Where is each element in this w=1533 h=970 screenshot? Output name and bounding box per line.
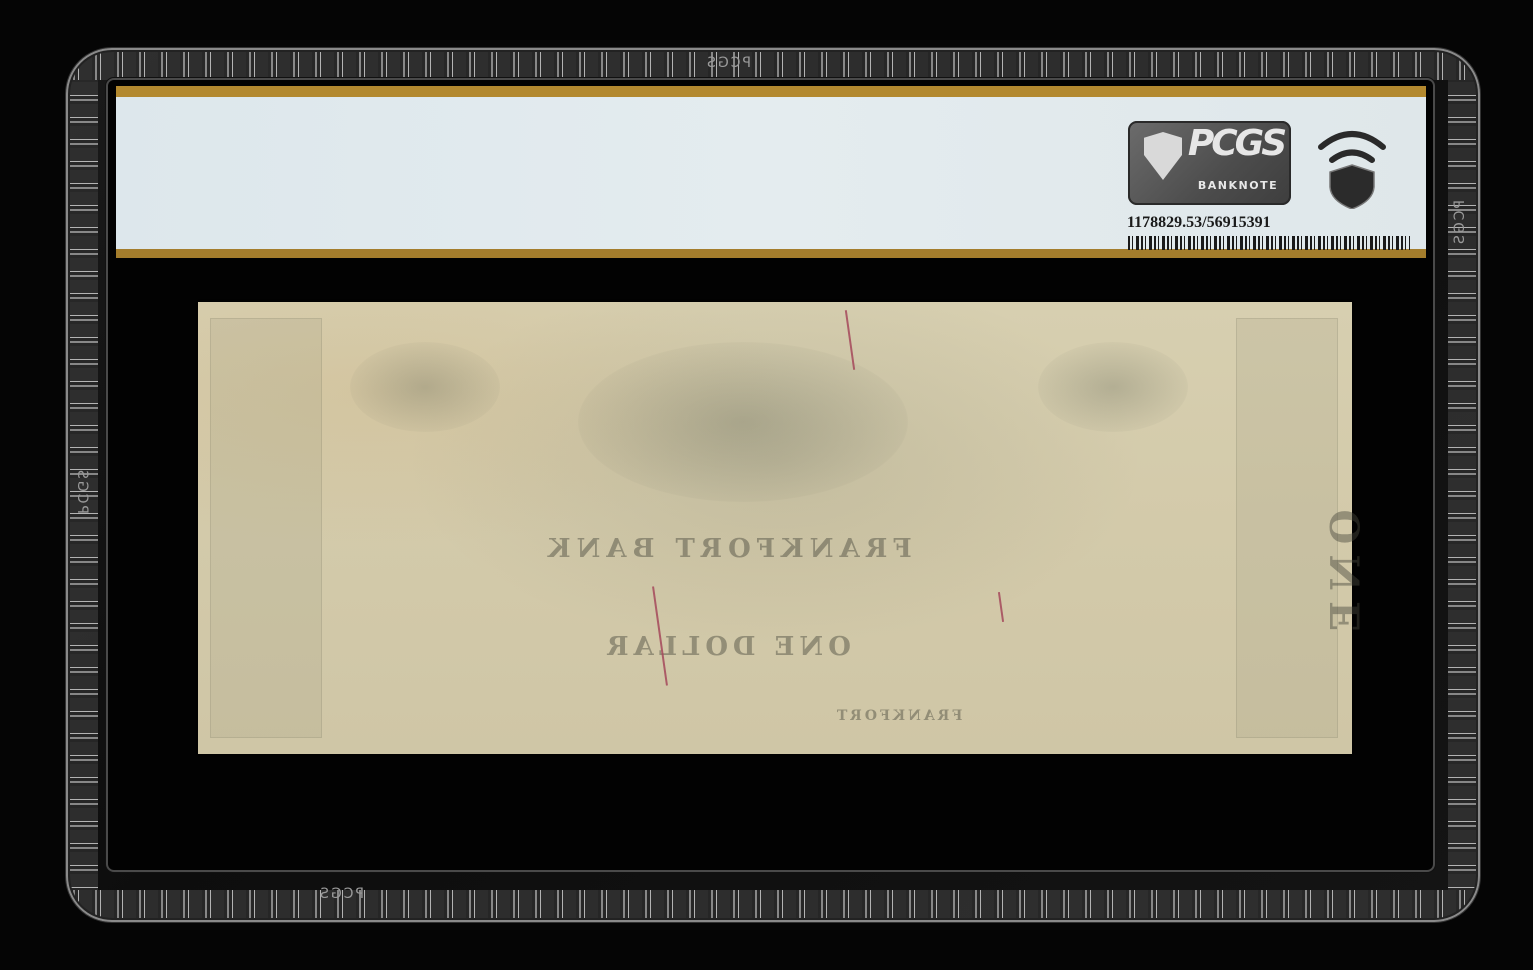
- red-ink-mark: [998, 592, 1004, 622]
- note-left-panel: [210, 318, 322, 738]
- cert-number: 1178829.53/56915391: [1127, 214, 1271, 232]
- nfc-shield-icon: [1317, 125, 1387, 209]
- shield-icon: [1144, 132, 1182, 180]
- holder-mark-bottom: PCGS: [318, 886, 364, 902]
- denomination-text: ONE DOLLAR: [602, 632, 851, 662]
- holder-mark-right: PCGS: [1452, 200, 1468, 246]
- logo-subtext: BANKNOTE: [1188, 179, 1288, 192]
- side-panel-text: ONE: [1322, 510, 1369, 642]
- banknote: FRANKFORT BANK ONE DOLLAR FRANKFORT ONE: [198, 302, 1352, 754]
- holder-mark-left: PCGS: [74, 468, 90, 514]
- pcgs-logo-badge: PCGS BANKNOTE: [1128, 121, 1291, 205]
- holder-mark-top: PCGS: [705, 55, 751, 71]
- bank-name-text: FRANKFORT BANK: [542, 534, 912, 564]
- barcode: [1128, 236, 1410, 250]
- logo-text: PCGS: [1184, 123, 1288, 164]
- vignette-right: [1038, 342, 1188, 432]
- vignette-left: [350, 342, 500, 432]
- vignette-center: [578, 342, 908, 502]
- city-text: FRANKFORT: [834, 708, 962, 724]
